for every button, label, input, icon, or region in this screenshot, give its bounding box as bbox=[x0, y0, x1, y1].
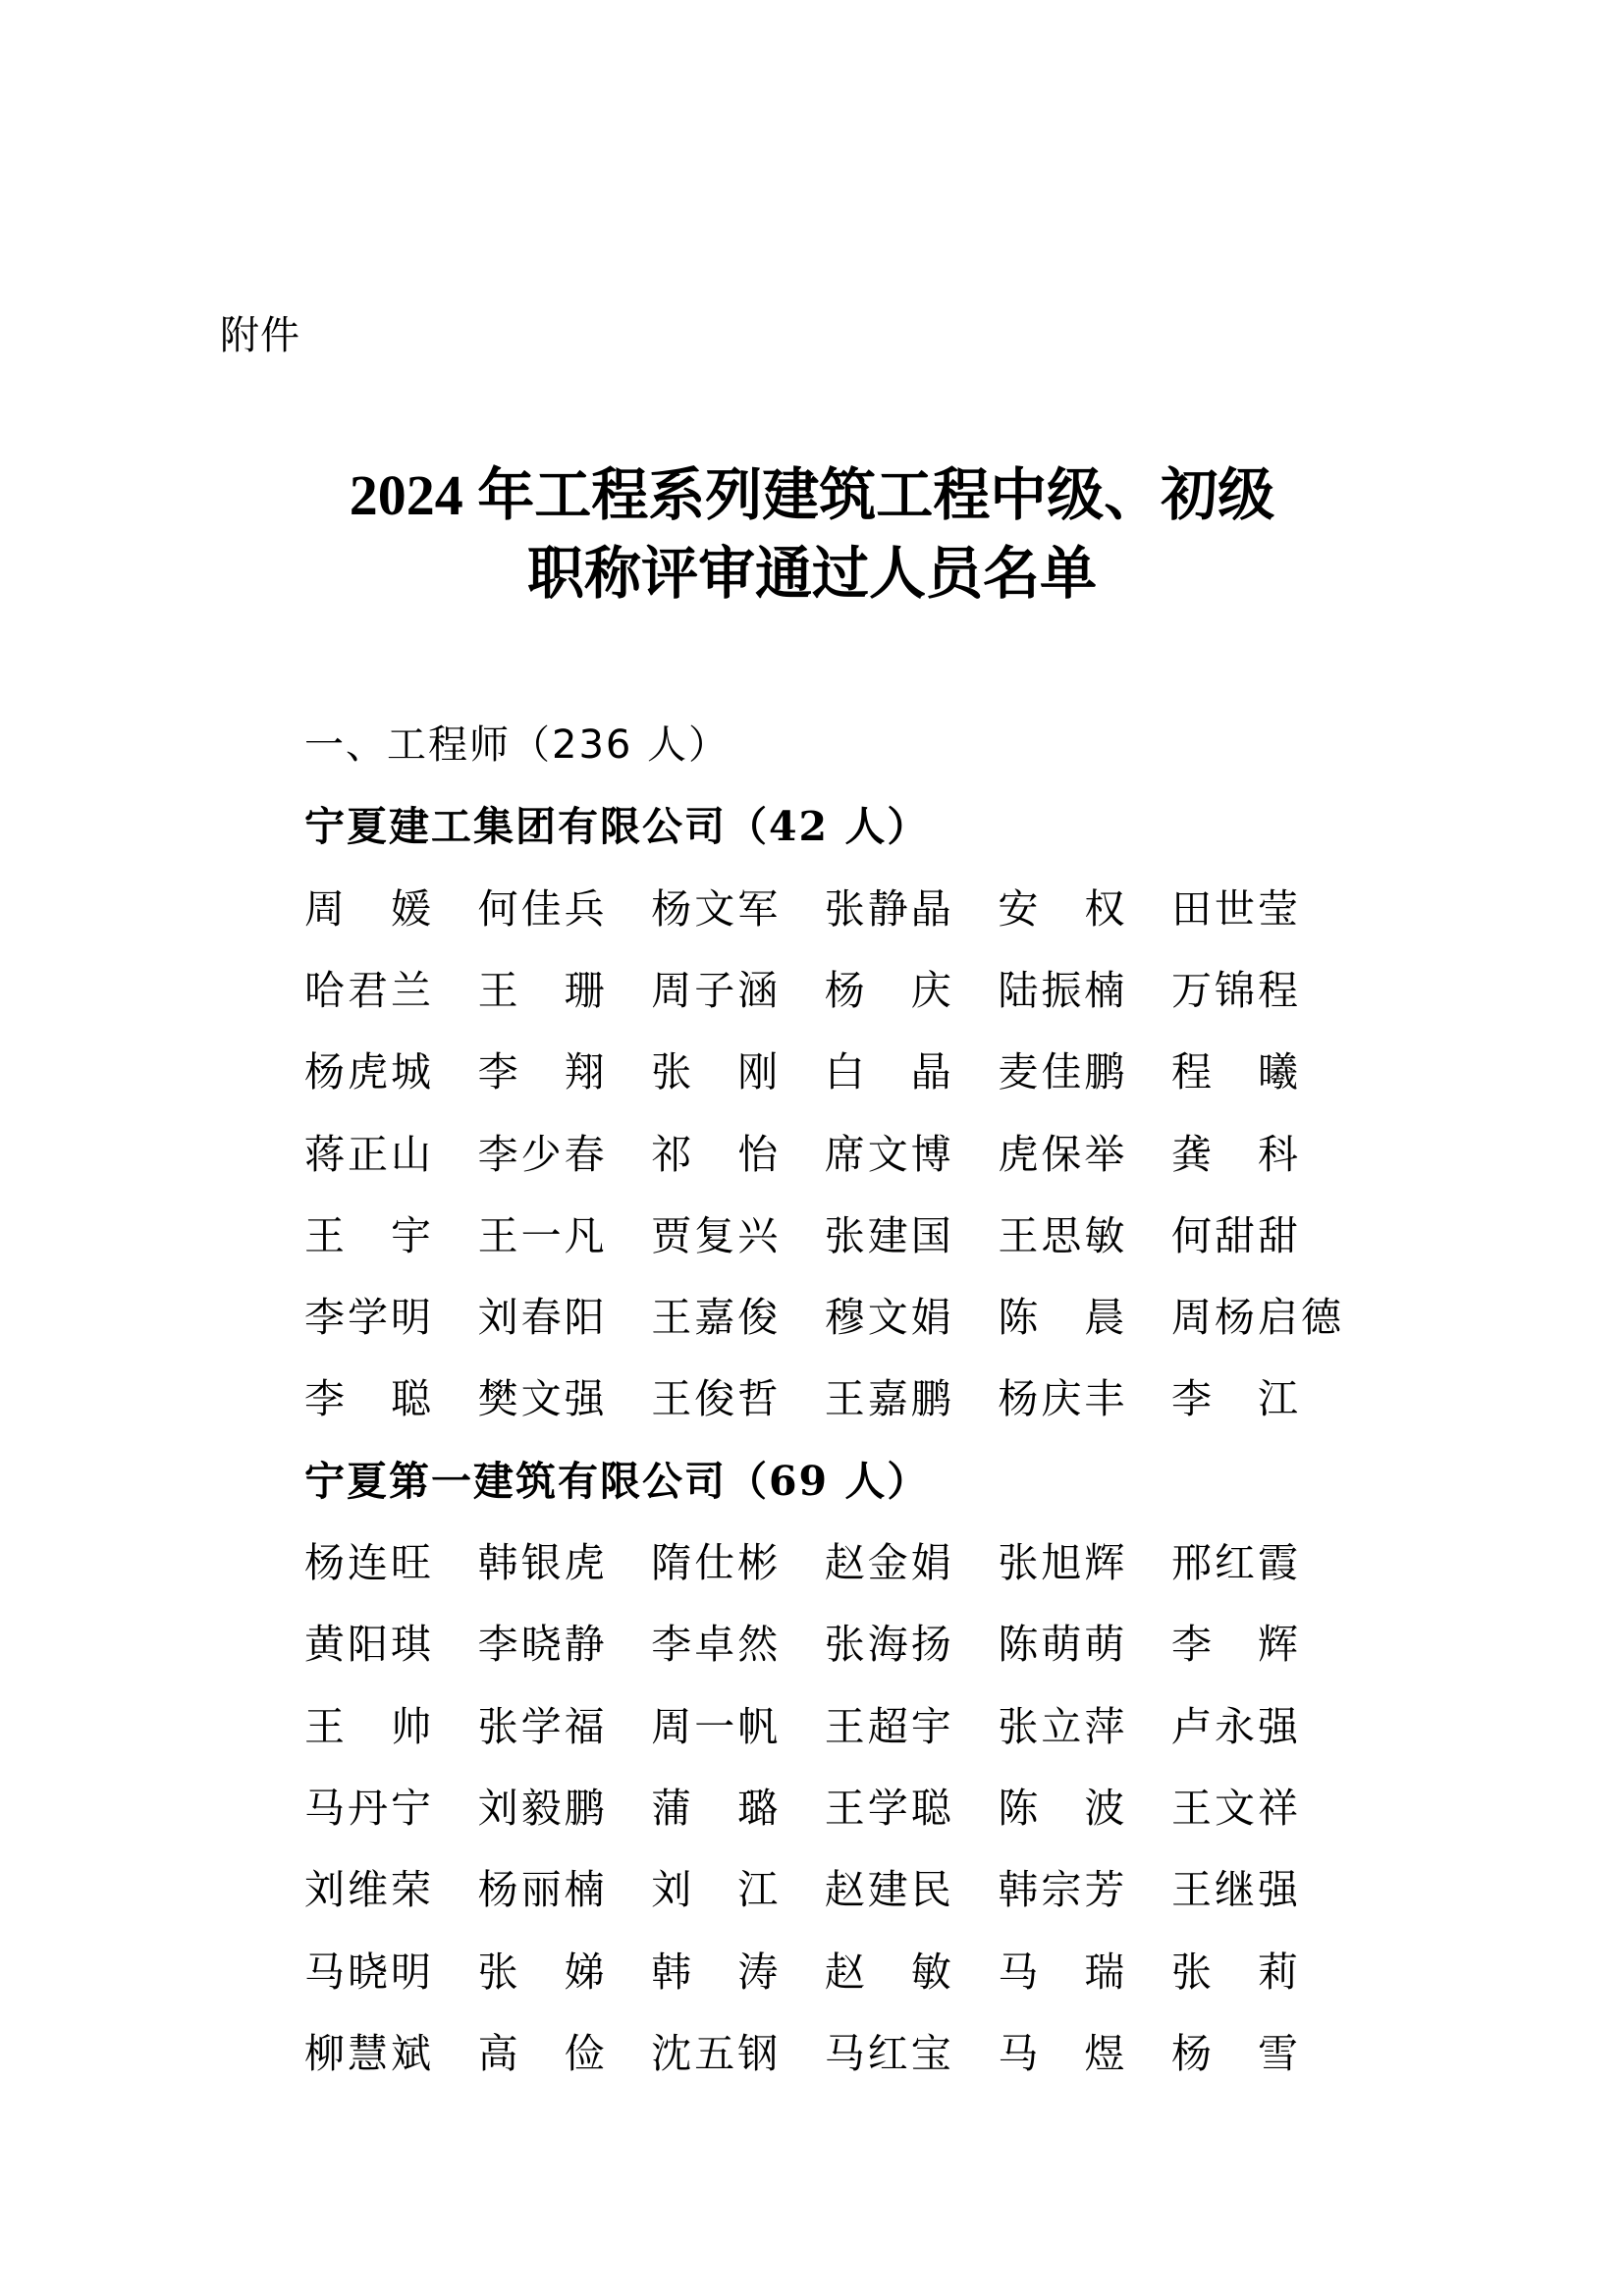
names-row: 李学明刘春阳王嘉俊穆文娟陈晨周杨启德 bbox=[304, 1277, 1345, 1359]
person-name: 张立萍 bbox=[998, 1686, 1171, 1768]
person-name: 杨丽楠 bbox=[478, 1849, 652, 1931]
person-name: 李卓然 bbox=[651, 1604, 825, 1685]
person-name: 李聪 bbox=[304, 1359, 478, 1440]
person-name: 祁怡 bbox=[651, 1114, 825, 1196]
person-name: 王嘉鹏 bbox=[825, 1359, 999, 1440]
person-name: 邢红霞 bbox=[1171, 1522, 1345, 1604]
names-row: 哈君兰王珊周子涵杨庆陆振楠万锦程 bbox=[304, 950, 1345, 1032]
person-name: 刘维荣 bbox=[304, 1849, 478, 1931]
person-name: 王嘉俊 bbox=[651, 1277, 825, 1359]
names-row: 马晓明张娣韩涛赵敏马瑞张莉 bbox=[304, 1932, 1345, 2013]
person-name: 李学明 bbox=[304, 1277, 478, 1359]
person-name: 杨连旺 bbox=[304, 1522, 478, 1604]
person-name: 李翔 bbox=[478, 1032, 652, 1113]
person-name: 杨虎城 bbox=[304, 1032, 478, 1113]
title-line-1: 2024 年工程系列建筑工程中级、初级 bbox=[0, 456, 1624, 535]
names-row: 王宇王一凡贾复兴张建国王思敏何甜甜 bbox=[304, 1196, 1345, 1277]
person-name: 哈君兰 bbox=[304, 950, 478, 1032]
person-name: 赵金娟 bbox=[825, 1522, 999, 1604]
person-name: 周杨启德 bbox=[1171, 1277, 1345, 1359]
document-page: 附件 2024 年工程系列建筑工程中级、初级 职称评审通过人员名单 一、工程师（… bbox=[0, 0, 1624, 2296]
person-name: 杨文军 bbox=[651, 869, 825, 950]
names-row: 柳慧斌高俭沈五钢马红宝马煜杨雪 bbox=[304, 2013, 1345, 2095]
person-name: 安权 bbox=[998, 869, 1171, 950]
person-name: 王帅 bbox=[304, 1686, 478, 1768]
person-name: 王思敏 bbox=[998, 1196, 1171, 1277]
person-name: 陈晨 bbox=[998, 1277, 1171, 1359]
person-name: 张学福 bbox=[478, 1686, 652, 1768]
person-name: 张娣 bbox=[478, 1932, 652, 2013]
section-heading: 一、工程师（236 人） bbox=[304, 705, 730, 786]
names-row: 杨连旺韩银虎隋仕彬赵金娟张旭辉邢红霞 bbox=[304, 1522, 1345, 1604]
person-name: 何甜甜 bbox=[1171, 1196, 1345, 1277]
person-name: 刘毅鹏 bbox=[478, 1768, 652, 1849]
person-name: 张建国 bbox=[825, 1196, 999, 1277]
person-name: 杨庆丰 bbox=[998, 1359, 1171, 1440]
person-name: 李晓静 bbox=[478, 1604, 652, 1685]
person-name: 周一帆 bbox=[651, 1686, 825, 1768]
person-name: 王宇 bbox=[304, 1196, 478, 1277]
person-name: 穆文娟 bbox=[825, 1277, 999, 1359]
person-name: 蒋正山 bbox=[304, 1114, 478, 1196]
person-name: 张莉 bbox=[1171, 1932, 1345, 2013]
person-name: 马煜 bbox=[998, 2013, 1171, 2095]
document-title: 2024 年工程系列建筑工程中级、初级 职称评审通过人员名单 bbox=[0, 456, 1624, 614]
person-name: 杨庆 bbox=[825, 950, 999, 1032]
person-name: 万锦程 bbox=[1171, 950, 1345, 1032]
names-row: 李聪樊文强王俊哲王嘉鹏杨庆丰李江 bbox=[304, 1359, 1345, 1440]
person-name: 马丹宁 bbox=[304, 1768, 478, 1849]
person-name: 贾复兴 bbox=[651, 1196, 825, 1277]
company-heading: 宁夏第一建筑有限公司（69 人） bbox=[304, 1441, 929, 1522]
person-name: 程曦 bbox=[1171, 1032, 1345, 1113]
person-name: 高俭 bbox=[478, 2013, 652, 2095]
person-name: 陈波 bbox=[998, 1768, 1171, 1849]
names-row: 杨虎城李翔张刚白晶麦佳鹏程曦 bbox=[304, 1032, 1345, 1113]
person-name: 柳慧斌 bbox=[304, 2013, 478, 2095]
person-name: 隋仕彬 bbox=[651, 1522, 825, 1604]
names-row: 刘维荣杨丽楠刘江赵建民韩宗芳王继强 bbox=[304, 1849, 1345, 1931]
person-name: 刘江 bbox=[651, 1849, 825, 1931]
person-name: 虎保举 bbox=[998, 1114, 1171, 1196]
title-line-2: 职称评审通过人员名单 bbox=[0, 535, 1624, 614]
person-name: 马晓明 bbox=[304, 1932, 478, 2013]
person-name: 张旭辉 bbox=[998, 1522, 1171, 1604]
person-name: 王超宇 bbox=[825, 1686, 999, 1768]
person-name: 王一凡 bbox=[478, 1196, 652, 1277]
person-name: 杨雪 bbox=[1171, 2013, 1345, 2095]
person-name: 张刚 bbox=[651, 1032, 825, 1113]
names-row: 黄阳琪李晓静李卓然张海扬陈萌萌李辉 bbox=[304, 1604, 1345, 1685]
person-name: 周子涵 bbox=[651, 950, 825, 1032]
person-name: 马瑞 bbox=[998, 1932, 1171, 2013]
company-heading: 宁夏建工集团有限公司（42 人） bbox=[304, 786, 929, 868]
person-name: 韩银虎 bbox=[478, 1522, 652, 1604]
person-name: 田世莹 bbox=[1171, 869, 1345, 950]
person-name: 李少春 bbox=[478, 1114, 652, 1196]
attachment-label: 附件 bbox=[220, 312, 300, 359]
person-name: 韩涛 bbox=[651, 1932, 825, 2013]
person-name: 马红宝 bbox=[825, 2013, 999, 2095]
person-name: 白晶 bbox=[825, 1032, 999, 1113]
person-name: 樊文强 bbox=[478, 1359, 652, 1440]
person-name: 王继强 bbox=[1171, 1849, 1345, 1931]
person-name: 黄阳琪 bbox=[304, 1604, 478, 1685]
person-name: 卢永强 bbox=[1171, 1686, 1345, 1768]
person-name: 刘春阳 bbox=[478, 1277, 652, 1359]
person-name: 赵建民 bbox=[825, 1849, 999, 1931]
person-name: 陆振楠 bbox=[998, 950, 1171, 1032]
person-name: 李江 bbox=[1171, 1359, 1345, 1440]
person-name: 张静晶 bbox=[825, 869, 999, 950]
person-name: 麦佳鹏 bbox=[998, 1032, 1171, 1113]
names-row: 周媛何佳兵杨文军张静晶安权田世莹 bbox=[304, 869, 1345, 950]
person-name: 陈萌萌 bbox=[998, 1604, 1171, 1685]
person-name: 席文博 bbox=[825, 1114, 999, 1196]
person-name: 王文祥 bbox=[1171, 1768, 1345, 1849]
person-name: 何佳兵 bbox=[478, 869, 652, 950]
names-row: 马丹宁刘毅鹏蒲璐王学聪陈波王文祥 bbox=[304, 1768, 1345, 1849]
names-row: 蒋正山李少春祁怡席文博虎保举龚科 bbox=[304, 1114, 1345, 1196]
person-name: 周媛 bbox=[304, 869, 478, 950]
person-name: 张海扬 bbox=[825, 1604, 999, 1685]
person-name: 蒲璐 bbox=[651, 1768, 825, 1849]
person-name: 李辉 bbox=[1171, 1604, 1345, 1685]
person-name: 龚科 bbox=[1171, 1114, 1345, 1196]
person-name: 王学聪 bbox=[825, 1768, 999, 1849]
person-name: 王俊哲 bbox=[651, 1359, 825, 1440]
person-name: 王珊 bbox=[478, 950, 652, 1032]
person-name: 赵敏 bbox=[825, 1932, 999, 2013]
names-row: 王帅张学福周一帆王超宇张立萍卢永强 bbox=[304, 1686, 1345, 1768]
person-name: 韩宗芳 bbox=[998, 1849, 1171, 1931]
person-name: 沈五钢 bbox=[651, 2013, 825, 2095]
